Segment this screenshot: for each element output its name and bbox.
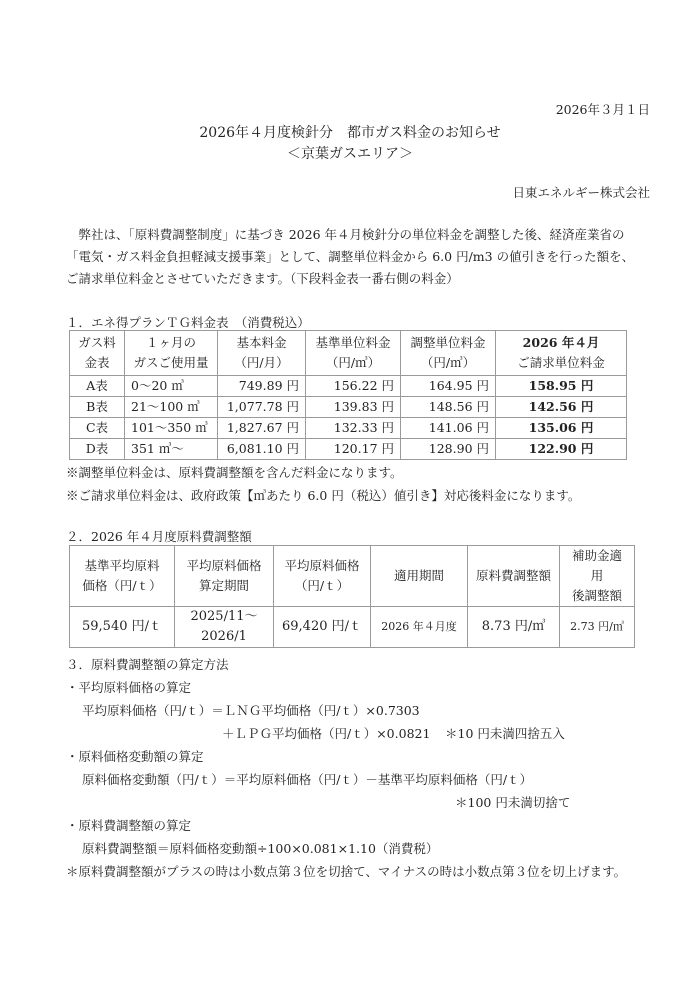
intro-line: 弊社は、「原料費調整制度」に基づき 2026 年４月検針分の単位料金を調整した後… bbox=[66, 224, 634, 246]
standard-unit-price: 120.17 円 bbox=[306, 439, 401, 460]
table-row: A表 0～20 ㎥ 749.89 円 156.22 円 164.95 円 158… bbox=[70, 376, 627, 397]
apply-period: 2026 年４月度 bbox=[371, 607, 468, 648]
subsidized-adjustment: 2.73 円/㎥ bbox=[560, 607, 635, 648]
section3-heading: ３．原料費調整額の算定方法 bbox=[66, 655, 229, 673]
standard-unit-price: 139.83 円 bbox=[306, 397, 401, 418]
rate-table-name: C表 bbox=[70, 418, 125, 439]
method-bullet: ・原料価格変動額の算定 bbox=[66, 747, 204, 765]
billing-unit-price: 142.56 円 bbox=[496, 397, 627, 418]
billing-unit-price: 135.06 円 bbox=[496, 418, 627, 439]
rounding-note: ＊10 円未満四捨五入 bbox=[445, 724, 565, 742]
adjusted-unit-price: 164.95 円 bbox=[401, 376, 496, 397]
adjusted-unit-price: 128.90 円 bbox=[401, 439, 496, 460]
company-name: 日東エネルギー株式会社 bbox=[512, 183, 650, 201]
rate-table: ガス料金表 １ヶ月のガスご使用量 基本料金（円/月） 基準単位料金（円/㎥） 調… bbox=[69, 330, 627, 460]
rate-table-name: D表 bbox=[70, 439, 125, 460]
formula-line: 原料価格変動額（円/ｔ）＝平均原料価格（円/ｔ）－基準平均原料価格（円/ｔ） bbox=[82, 770, 532, 788]
column-header: 基準平均原料価格（円/ｔ） bbox=[70, 546, 175, 607]
section1-heading: １．エネ得プランＴＧ料金表 （消費税込） bbox=[66, 313, 310, 331]
base-fee: 6,081.10 円 bbox=[218, 439, 306, 460]
document-title: 2026年４月度検針分 都市ガス料金のお知らせ bbox=[0, 122, 700, 142]
column-header: 基本料金（円/月） bbox=[218, 331, 306, 376]
document-date: 2026年３月１日 bbox=[556, 100, 650, 118]
method-bullet: ・原料費調整額の算定 bbox=[66, 816, 191, 834]
adjusted-unit-price: 148.56 円 bbox=[401, 397, 496, 418]
formula-line: ＋ＬＰＧ平均価格（円/ｔ）×0.0821 bbox=[222, 724, 430, 742]
usage-range: 351 ㎥～ bbox=[125, 439, 218, 460]
billing-unit-price: 122.90 円 bbox=[496, 439, 627, 460]
rounding-footnote: ＊原料費調整額がプラスの時は小数点第３位を切捨て、マイナスの時は小数点第３位を切… bbox=[66, 862, 626, 880]
table-header-row: ガス料金表 １ヶ月のガスご使用量 基本料金（円/月） 基準単位料金（円/㎥） 調… bbox=[70, 331, 627, 376]
adjustment-table: 基準平均原料価格（円/ｔ） 平均原料価格算定期間 平均原料価格（円/ｔ） 適用期… bbox=[69, 545, 635, 648]
table-row: D表 351 ㎥～ 6,081.10 円 120.17 円 128.90 円 1… bbox=[70, 439, 627, 460]
base-fee: 1,077.78 円 bbox=[218, 397, 306, 418]
table-note: ※調整単位料金は、原料費調整額を含んだ料金になります。 bbox=[66, 463, 403, 481]
usage-range: 0～20 ㎥ bbox=[125, 376, 218, 397]
adjusted-unit-price: 141.06 円 bbox=[401, 418, 496, 439]
fuel-cost-adjustment: 8.73 円/㎥ bbox=[468, 607, 560, 648]
rounding-note: ＊100 円未満切捨て bbox=[455, 793, 570, 811]
base-fee: 1,827.67 円 bbox=[218, 418, 306, 439]
intro-line: ご請求単位料金とさせていただきます。（下段料金表一番右側の料金） bbox=[66, 268, 634, 290]
standard-unit-price: 132.33 円 bbox=[306, 418, 401, 439]
calculation-period: 2025/11～2026/1 bbox=[175, 607, 274, 648]
column-header: １ヶ月のガスご使用量 bbox=[125, 331, 218, 376]
rate-table-name: B表 bbox=[70, 397, 125, 418]
column-header: 平均原料価格（円/ｔ） bbox=[274, 546, 371, 607]
table-header-row: 基準平均原料価格（円/ｔ） 平均原料価格算定期間 平均原料価格（円/ｔ） 適用期… bbox=[70, 546, 635, 607]
formula-line: 平均原料価格（円/ｔ）＝ＬＮＧ平均価格（円/ｔ）×0.7303 bbox=[82, 701, 420, 719]
column-header: 補助金適用後調整額 bbox=[560, 546, 635, 607]
table-row: C表 101～350 ㎥ 1,827.67 円 132.33 円 141.06 … bbox=[70, 418, 627, 439]
billing-unit-price: 158.95 円 bbox=[496, 376, 627, 397]
method-bullet: ・平均原料価格の算定 bbox=[66, 678, 191, 696]
column-header: 適用期間 bbox=[371, 546, 468, 607]
column-header: 平均原料価格算定期間 bbox=[175, 546, 274, 607]
column-header: 原料費調整額 bbox=[468, 546, 560, 607]
column-header: 2026 年４月ご請求単位料金 bbox=[496, 331, 627, 376]
table-row: 59,540 円/ｔ 2025/11～2026/1 69,420 円/ｔ 202… bbox=[70, 607, 635, 648]
intro-line: 「電気・ガス料金負担軽減支援事業」として、調整単位料金から 6.0 円/m3 の… bbox=[66, 246, 634, 268]
formula-line: 原料費調整額＝原料価格変動額÷100×0.081×1.10（消費税） bbox=[82, 839, 438, 857]
column-header: 調整単位料金（円/㎥） bbox=[401, 331, 496, 376]
average-price: 69,420 円/ｔ bbox=[274, 607, 371, 648]
section2-heading: ２．2026 年４月度原料費調整額 bbox=[66, 527, 252, 545]
table-row: B表 21～100 ㎥ 1,077.78 円 139.83 円 148.56 円… bbox=[70, 397, 627, 418]
column-header: 基準単位料金（円/㎥） bbox=[306, 331, 401, 376]
base-fee: 749.89 円 bbox=[218, 376, 306, 397]
column-header: ガス料金表 bbox=[70, 331, 125, 376]
table-note: ※ご請求単位料金は、政府政策【㎥あたり 6.0 円（税込）値引き】対応後料金にな… bbox=[66, 486, 580, 504]
intro-paragraph: 弊社は、「原料費調整制度」に基づき 2026 年４月検針分の単位料金を調整した後… bbox=[66, 224, 634, 290]
rate-table-name: A表 bbox=[70, 376, 125, 397]
document-subtitle: ＜京葉ガスエリア＞ bbox=[0, 143, 700, 163]
usage-range: 101～350 ㎥ bbox=[125, 418, 218, 439]
standard-unit-price: 156.22 円 bbox=[306, 376, 401, 397]
usage-range: 21～100 ㎥ bbox=[125, 397, 218, 418]
base-average-price: 59,540 円/ｔ bbox=[70, 607, 175, 648]
